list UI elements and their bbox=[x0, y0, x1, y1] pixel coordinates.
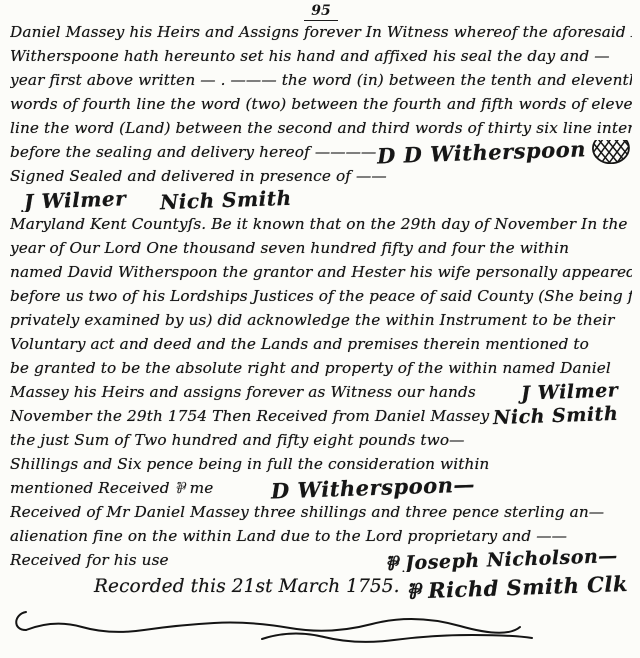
acknowledgment-line: privately examined by us) did acknowledg… bbox=[10, 308, 632, 332]
interlineation-note: words of fourth line the word (two) betw… bbox=[10, 92, 632, 116]
receipt-line: the just Sum of Two hundred and fifty ei… bbox=[10, 428, 632, 452]
smith-signature: Nich Smith bbox=[492, 404, 618, 428]
page-number: 95 bbox=[10, 3, 632, 20]
alienation-line: Received for his use ⅌ Joseph Nicholson— bbox=[10, 548, 632, 572]
manuscript-line: Massey his Heirs and assigns forever as … bbox=[10, 380, 476, 404]
wilmer-signature: J Wilmer bbox=[520, 380, 618, 404]
nicholson-signature: ⅌ Joseph Nicholson— bbox=[385, 548, 618, 572]
attestation-line: Signed Sealed and delivered in presence … bbox=[10, 164, 632, 188]
alienation-line: Received of Mr Daniel Massey three shill… bbox=[10, 500, 632, 524]
manuscript-line: Witherspoone hath hereunto set his hand … bbox=[10, 44, 632, 68]
witherspoon-signature: D Witherspoon— bbox=[271, 476, 476, 500]
alienation-line: alienation fine on the within Land due t… bbox=[10, 524, 632, 548]
acknowledgment-line: Voluntary act and deed and the Lands and… bbox=[10, 332, 632, 356]
acknowledgment-line: year of Our Lord One thousand seven hund… bbox=[10, 236, 632, 260]
manuscript-line: November the 29th 1754 Then Received fro… bbox=[10, 404, 489, 428]
receipt-line: Shillings and Six pence being in full th… bbox=[10, 452, 632, 476]
manuscript-line: Received for his use bbox=[10, 548, 169, 572]
recording-line: Recorded this 21st March 1755. ⅌ Richd S… bbox=[10, 572, 632, 602]
clerk-signature: ⅌ Richd Smith Clk Cty bbox=[405, 572, 632, 602]
acknowledgment-line: before us two of his Lordships Justices … bbox=[10, 284, 632, 308]
acknowledgment-line: be granted to be the absolute right and … bbox=[10, 356, 632, 380]
witness-signatures: J Wilmer Nich Smith bbox=[10, 188, 632, 212]
acknowledgment-line: Maryland Kent Countyſs. Be it known that… bbox=[10, 212, 632, 236]
witherspoon-signature: D D Witherspoon bbox=[377, 140, 632, 164]
acknowledgment-line: named David Witherspoon the grantor and … bbox=[10, 260, 632, 284]
manuscript-line: Daniel Massey his Heirs and Assigns fore… bbox=[10, 20, 632, 44]
recorded-date: Recorded this 21st March 1755. bbox=[94, 572, 400, 602]
acknowledgment-line: Massey his Heirs and assigns forever as … bbox=[10, 380, 632, 404]
manuscript-line: mentioned Received ⅌ me bbox=[10, 476, 213, 500]
receipt-line: November the 29th 1754 Then Received fro… bbox=[10, 404, 632, 428]
sealing-line: before the sealing and delivery hereof —… bbox=[10, 140, 632, 164]
wilmer-signature: J Wilmer bbox=[24, 188, 127, 212]
smith-signature: Nich Smith bbox=[160, 188, 292, 212]
interlineation-note: line the word (Land) between the second … bbox=[10, 116, 632, 140]
manuscript-page: 95 Daniel Massey his Heirs and Assigns f… bbox=[0, 0, 640, 658]
receipt-line: mentioned Received ⅌ me D Witherspoon— bbox=[10, 476, 632, 500]
manuscript-line: before the sealing and delivery hereof —… bbox=[10, 140, 376, 164]
flourish-line bbox=[12, 606, 632, 650]
interlineation-note: year first above written — . ——— the wor… bbox=[10, 68, 632, 92]
wax-seal-icon bbox=[589, 140, 632, 164]
